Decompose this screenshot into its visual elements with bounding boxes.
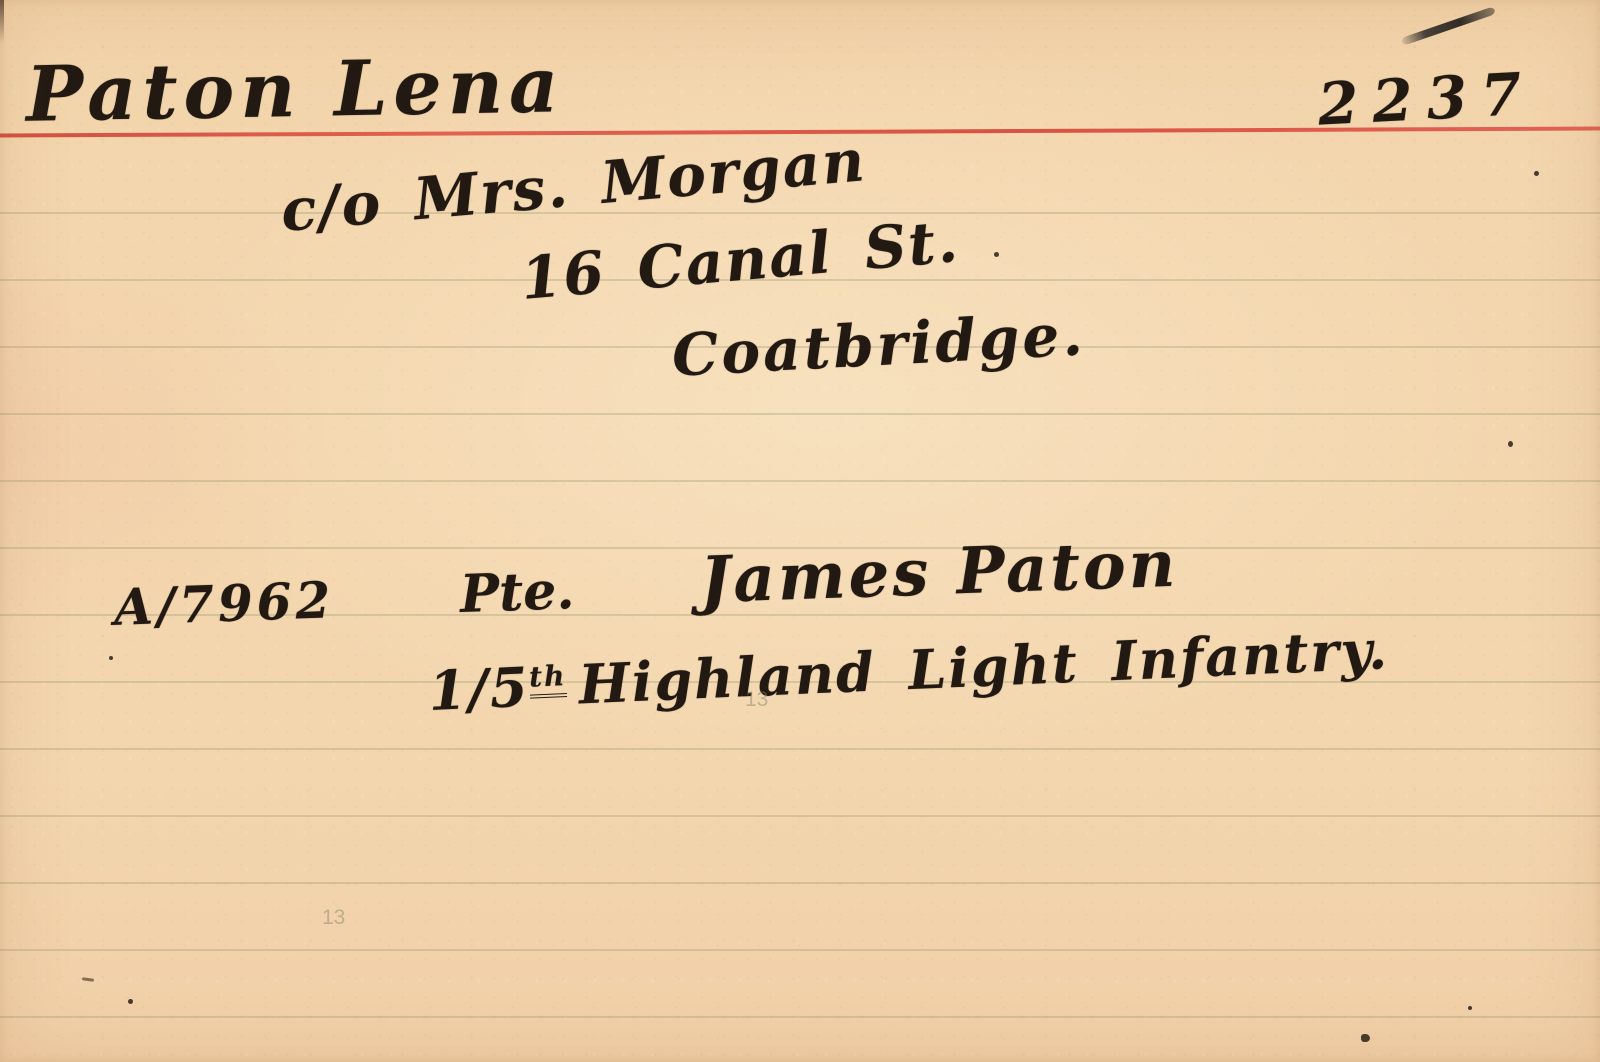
unit-line: 1/5thHighland Light Infantry.	[427, 620, 1389, 721]
address-street-line: 16 Canal St.	[518, 210, 961, 312]
unit-ordinal-suffix: th	[528, 659, 567, 699]
unit-regiment-name: Highland Light Infantry.	[577, 617, 1390, 716]
ink-speck	[1534, 171, 1539, 176]
ink-speck	[1468, 1006, 1472, 1010]
service-number: A/7962	[113, 572, 335, 635]
scan-edge-artifact	[0, 0, 4, 44]
ink-speck	[128, 999, 133, 1004]
unit-battalion-prefix: 1/5	[427, 655, 531, 723]
bleedthrough-number: 13	[322, 906, 345, 930]
bleedthrough-number: 13	[745, 688, 768, 712]
ink-speck	[82, 977, 94, 982]
ink-speck	[109, 656, 113, 660]
pencil-tick-icon	[1401, 6, 1496, 45]
index-card: Paton Lena 2237 c/o Mrs. Morgan 16 Canal…	[0, 0, 1600, 1062]
soldier-name: James Paton	[699, 530, 1179, 617]
ink-speck	[1508, 441, 1513, 447]
ink-speck	[1361, 1034, 1370, 1042]
rank-abbreviation: Pte.	[459, 562, 575, 623]
card-title-name: Paton Lena	[25, 43, 565, 136]
reference-number: 2237	[1316, 62, 1536, 137]
ink-speck	[994, 252, 999, 257]
address-town-line: Coatbridge.	[671, 303, 1087, 388]
